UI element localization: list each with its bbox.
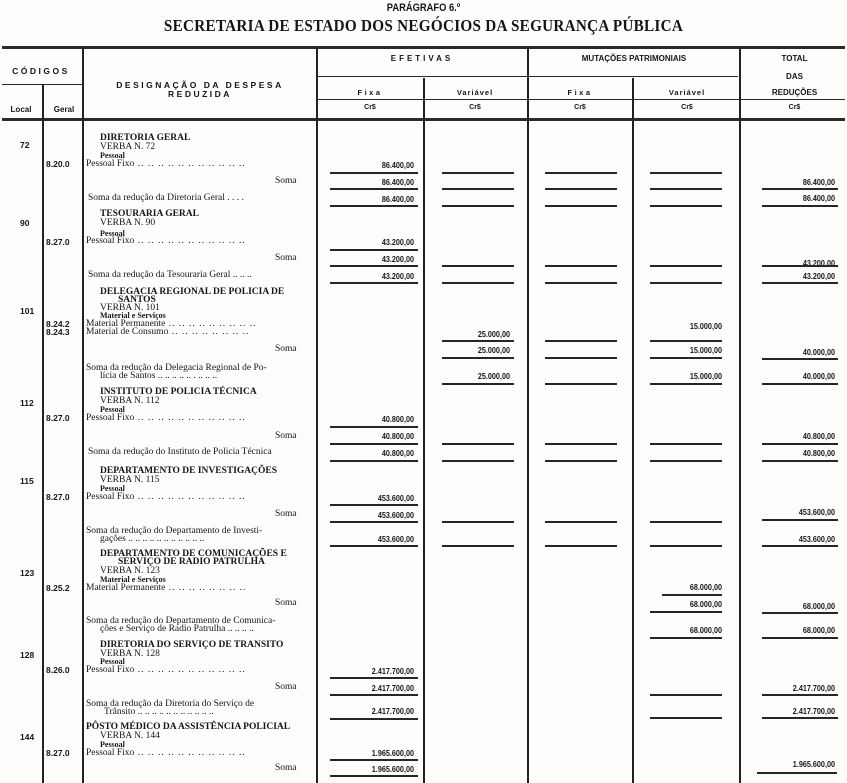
underline	[330, 677, 418, 679]
col-ef-variavel: Variável	[424, 88, 526, 97]
item-label: Pessoal Fixo .. .. .. .. .. .. .. .. .. …	[86, 413, 246, 423]
underline	[442, 357, 514, 359]
geral-code: 8.20.0	[46, 159, 70, 169]
underline	[442, 383, 514, 385]
ef-fixa-value: 2.417.700,00	[338, 666, 415, 676]
col-efetivas: EFETIVAS	[318, 54, 526, 63]
soma-label: Soma	[275, 176, 297, 186]
ef-fixa-value: 43.200,00	[338, 237, 415, 247]
soma-label: Soma	[275, 598, 297, 608]
ef-var-value: 25.000,00	[434, 329, 511, 339]
col-divider	[632, 78, 634, 783]
geral-code: 8.27.0	[46, 413, 70, 423]
underline	[330, 188, 418, 190]
underline	[662, 594, 722, 596]
ef-fixa-value: 86.400,00	[338, 177, 415, 187]
ef-var-value: 25.000,00	[434, 371, 511, 381]
underline	[330, 172, 418, 174]
total-value: 453.600,00	[759, 507, 836, 517]
item-label: Material de Consumo .. .. .. .. .. .. ..…	[86, 327, 249, 337]
col-mu-variavel: Variável	[634, 88, 740, 97]
geral-code: 8.27.0	[46, 492, 70, 502]
item-label: Pessoal Fixo .. .. .. .. .. .. .. .. .. …	[86, 665, 246, 675]
total-value: 40.000,00	[759, 371, 836, 381]
col-divider	[423, 78, 425, 783]
underline	[650, 694, 722, 696]
local-code: 144	[20, 732, 34, 742]
underline	[330, 443, 418, 445]
ef-fixa-value: 453.600,00	[338, 510, 415, 520]
underline	[757, 772, 837, 774]
ef-fixa-value: 2.417.700,00	[338, 706, 415, 716]
ef-fixa-value: 1.965.600,00	[338, 764, 415, 774]
ef-fixa-value: 1.965.600,00	[338, 748, 415, 758]
soma-label: Soma	[275, 431, 297, 441]
underline	[330, 775, 418, 777]
col-designacao-2: REDUZIDA	[84, 89, 316, 99]
ef-fixa-value: 86.400,00	[338, 160, 415, 170]
total-value: 43.200,00	[759, 271, 836, 281]
item-label: Material Permanente .. .. .. .. .. .. ..…	[86, 583, 246, 593]
currency-label: Cr$	[528, 104, 632, 111]
underline	[330, 426, 418, 428]
item-label: Pessoal Fixo .. .. .. .. .. .. .. .. .. …	[86, 159, 246, 169]
mu-var-value: 15.000,00	[646, 345, 723, 355]
col-divider	[82, 48, 84, 783]
underline	[330, 694, 418, 696]
total-value: 86.400,00	[759, 193, 836, 203]
underline	[330, 521, 418, 523]
item-label: Pessoal Fixo .. .. .. .. .. .. .. .. .. …	[86, 748, 246, 758]
geral-code: 8.27.0	[46, 237, 70, 247]
reducao-label-2: ções e Serviço de Radio Patrulha .. .. .…	[100, 624, 254, 634]
total-value: 2.417.700,00	[759, 683, 836, 693]
col-mutacoes: MUTAÇÕES PATRIMONIAIS	[528, 54, 740, 63]
currency-label: Cr$	[634, 104, 740, 111]
reducao-label: Soma da redução da Diretoria Geral . . .…	[88, 193, 244, 203]
col-total-2: DAS	[742, 72, 847, 81]
paragraph-heading: PARÁGRAFO 6.º	[64, 2, 784, 14]
total-value: 453.600,00	[759, 534, 836, 544]
col-divider	[739, 48, 741, 783]
total-value: 68.000,00	[759, 625, 836, 635]
underline	[650, 340, 722, 342]
header-rule	[318, 99, 845, 100]
item-label: Pessoal Fixo .. .. .. .. .. .. .. .. .. …	[86, 236, 246, 246]
ef-fixa-value: 453.600,00	[338, 534, 415, 544]
mu-var-value: 68.000,00	[646, 625, 723, 635]
col-total: TOTAL	[742, 54, 847, 63]
col-divider	[42, 84, 44, 783]
mu-var-value: 68.000,00	[646, 599, 723, 609]
total-value: 1.965.600,00	[759, 759, 836, 769]
underline	[330, 249, 418, 251]
reducao-label: Soma da redução do Instituto de Policia …	[88, 447, 272, 457]
underline	[650, 611, 722, 613]
reducao-label-2: gações .. .. .. .. .. .. .. .. .. .. ..	[100, 534, 204, 544]
total-value: 68.000,00	[759, 601, 836, 611]
ef-fixa-value: 43.200,00	[338, 254, 415, 264]
geral-code: 8.27.0	[46, 748, 70, 758]
total-value: 86.400,00	[759, 177, 836, 187]
reducao-label-2: Trânsito .. .. .. .. .. .. .. .. .. .. .…	[104, 707, 214, 717]
ef-fixa-value: 2.417.700,00	[338, 683, 415, 693]
soma-label: Soma	[275, 682, 297, 692]
soma-label: Soma	[275, 344, 297, 354]
reducao-label: Soma da redução da Tesouraria Geral .. .…	[88, 270, 252, 280]
mu-var-value: 68.000,00	[646, 582, 723, 592]
top-rule	[2, 46, 845, 49]
reducao-label-2: lícia de Santos .. .. .. .. .. . .. .. .…	[100, 371, 217, 381]
ef-var-value: 25.000,00	[434, 345, 511, 355]
underline	[330, 265, 418, 267]
currency-label: Cr$	[318, 104, 422, 111]
geral-code: 8.24.3	[46, 327, 70, 337]
local-code: 101	[20, 306, 34, 316]
page-title: SECRETARIA DE ESTADO DOS NEGÓCIOS DA SEG…	[34, 16, 813, 36]
local-code: 112	[20, 398, 34, 408]
underline	[330, 545, 418, 547]
item-label: Pessoal Fixo .. .. .. .. .. .. .. .. .. …	[86, 492, 246, 502]
currency-label: Cr$	[742, 104, 847, 111]
underline	[330, 504, 418, 506]
total-value: 40.800,00	[759, 448, 836, 458]
underline	[330, 205, 418, 207]
ef-fixa-value: 86.400,00	[338, 194, 415, 204]
total-value: 40.800,00	[759, 431, 836, 441]
ef-fixa-value: 40.800,00	[338, 431, 415, 441]
local-code: 90	[20, 218, 29, 228]
mu-var-value: 15.000,00	[646, 321, 723, 331]
geral-code: 8.25.2	[46, 583, 70, 593]
geral-code: 8.26.0	[46, 665, 70, 675]
underline	[442, 340, 514, 342]
col-ef-fixa: Fixa	[318, 88, 422, 97]
ef-fixa-value: 40.800,00	[338, 414, 415, 424]
underline	[650, 717, 722, 719]
col-divider	[527, 48, 529, 783]
col-total-3: REDUÇÕES	[742, 88, 847, 97]
ef-fixa-value: 453.600,00	[338, 493, 415, 503]
verba: VERBA N. 90	[100, 218, 155, 228]
underline	[330, 460, 418, 462]
underline	[330, 282, 418, 284]
total-value: 2.417.700,00	[759, 706, 836, 716]
underline	[330, 759, 418, 761]
ef-fixa-value: 43.200,00	[338, 271, 415, 281]
col-divider	[316, 48, 318, 783]
soma-label: Soma	[275, 253, 297, 263]
mu-var-value: 15.000,00	[646, 371, 723, 381]
ef-fixa-value: 40.800,00	[338, 448, 415, 458]
local-code: 115	[20, 476, 34, 486]
underline	[650, 637, 722, 639]
col-local: Local	[2, 105, 40, 114]
total-value: 40.000,00	[759, 347, 836, 357]
local-code: 72	[20, 140, 29, 150]
col-mu-fixa: Fixa	[528, 88, 632, 97]
col-codigos: CÓDIGOS	[0, 66, 82, 76]
col-geral: Geral	[46, 105, 82, 114]
soma-label: Soma	[275, 763, 297, 773]
local-code: 128	[20, 650, 34, 660]
local-code: 123	[20, 568, 34, 578]
soma-label: Soma	[275, 509, 297, 519]
underline	[330, 718, 418, 720]
currency-label: Cr$	[424, 104, 526, 111]
